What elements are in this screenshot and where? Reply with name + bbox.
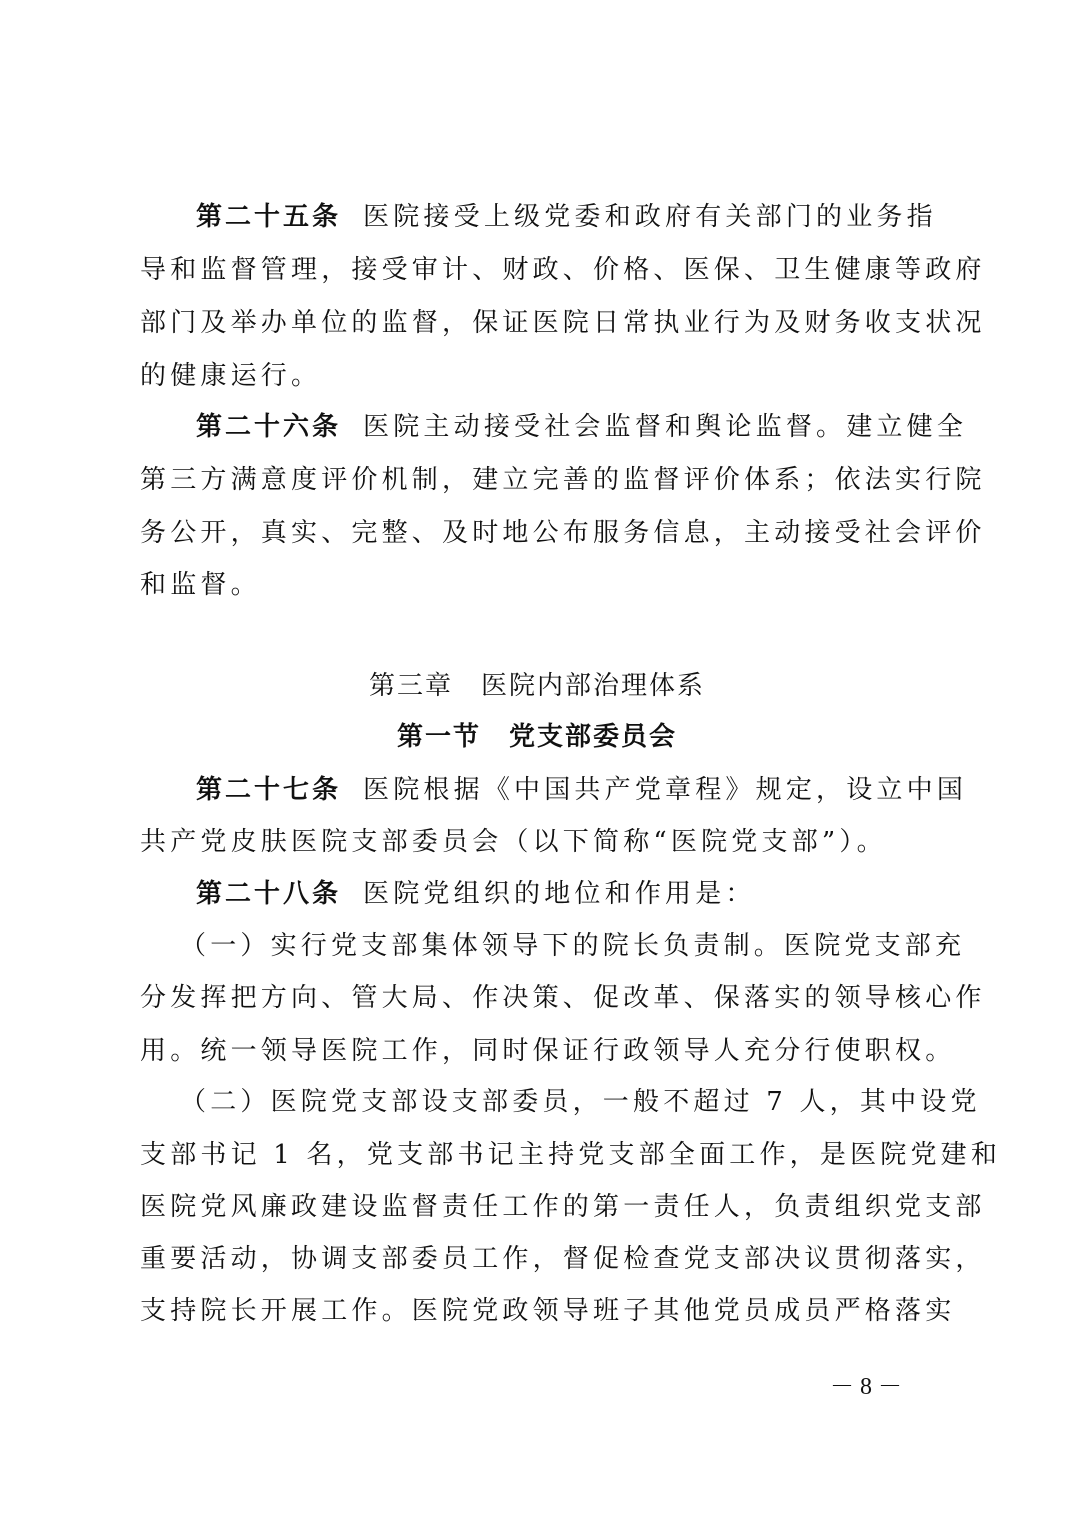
article-25-line-4: 的健康运行。	[140, 359, 936, 393]
article-27-line-2: 共产党皮肤医院支部委员会（以下简称“医院党支部”）。	[140, 825, 936, 859]
document-page: 第二十五条医院接受上级党委和政府有关部门的业务指 导和监督管理，接受审计、财政、…	[0, 0, 1074, 1520]
clause-2-line-5: 支持院长开展工作。医院党政领导班子其他党员成员严格落实	[140, 1294, 936, 1328]
article-26-line-4: 和监督。	[140, 568, 936, 602]
clause-2-line-4: 重要活动，协调支部委员工作，督促检查党支部决议贯彻落实，	[140, 1242, 936, 1276]
article-25-label: 第二十五条	[196, 202, 341, 232]
article-25-line-3: 部门及举办单位的监督，保证医院日常执业行为及财务收支状况	[140, 306, 936, 340]
article-26-line-3: 务公开，真实、完整、及时地公布服务信息，主动接受社会评价	[140, 516, 936, 550]
clause-1-line-1: （一）实行党支部集体领导下的院长负责制。医院党支部充	[180, 929, 936, 963]
article-27-line-1: 第二十七条医院根据《中国共产党章程》规定，设立中国	[196, 773, 936, 807]
section-heading: 第一节 党支部委员会	[0, 720, 1074, 754]
article-26-label: 第二十六条	[196, 412, 341, 442]
article-28-line-1: 第二十八条医院党组织的地位和作用是：	[196, 877, 936, 911]
clause-1-line-2: 分发挥把方向、管大局、作决策、促改革、保落实的领导核心作	[140, 981, 936, 1015]
page-number: － 8 －	[830, 1372, 902, 1402]
article-28-label: 第二十八条	[196, 879, 341, 909]
clause-2-line-3: 医院党风廉政建设监督责任工作的第一责任人，负责组织党支部	[140, 1190, 936, 1224]
article-26-line-1: 第二十六条医院主动接受社会监督和舆论监督。建立健全	[196, 410, 936, 444]
clause-2-line-2: 支部书记 1 名，党支部书记主持党支部全面工作，是医院党建和	[140, 1138, 936, 1172]
clause-2-line-1: （二）医院党支部设支部委员，一般不超过 7 人，其中设党	[180, 1085, 936, 1119]
article-26-line-2: 第三方满意度评价机制，建立完善的监督评价体系；依法实行院	[140, 463, 936, 497]
article-25-line-1: 第二十五条医院接受上级党委和政府有关部门的业务指	[196, 200, 936, 234]
chapter-heading: 第三章 医院内部治理体系	[0, 669, 1074, 703]
article-25-line-2: 导和监督管理，接受审计、财政、价格、医保、卫生健康等政府	[140, 253, 936, 287]
clause-1-line-3: 用。统一领导医院工作，同时保证行政领导人充分行使职权。	[140, 1034, 936, 1068]
article-27-label: 第二十七条	[196, 775, 341, 805]
